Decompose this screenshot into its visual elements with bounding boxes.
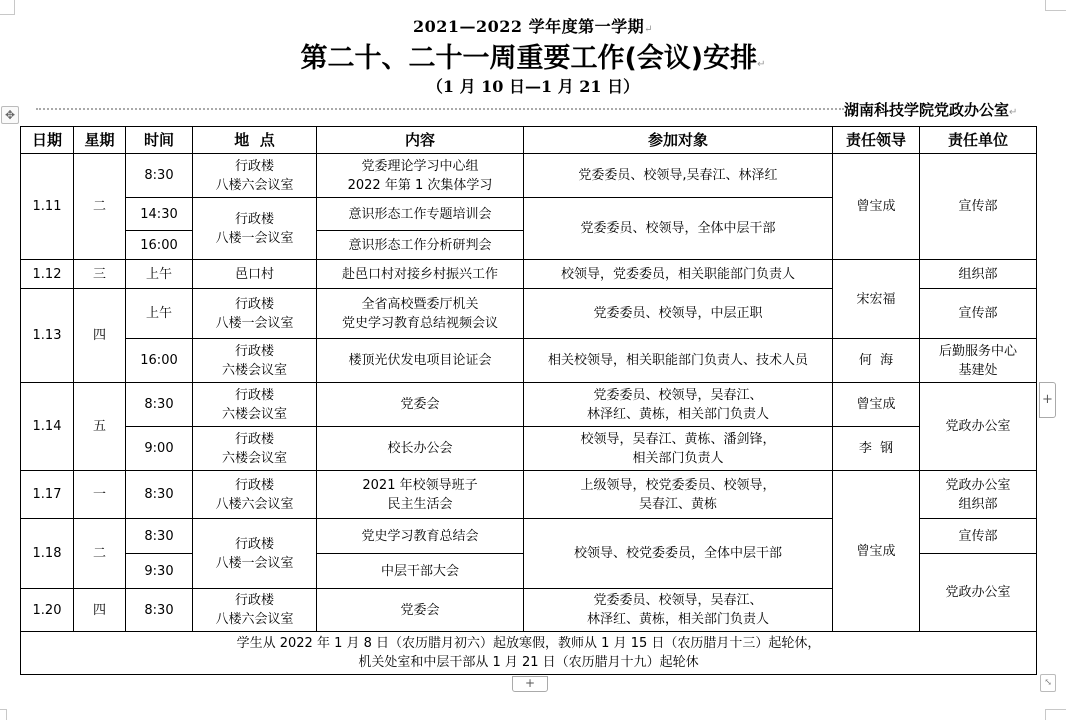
cell-location: 邑口村 [193,260,317,289]
cell-leader: 宋宏福 [833,260,920,339]
cell-time: 9:00 [126,427,193,471]
cell-attendees: 党委委员、校领导，吴春江、 林泽红、黄栋，相关部门负责人 [524,383,833,427]
table-move-handle-icon[interactable]: ✥ [1,106,19,124]
cell-date: 1.20 [21,589,74,632]
col-header-time: 时间 [126,127,193,154]
cell-attendees: 相关校领导，相关职能部门负责人、技术人员 [524,339,833,383]
cell-time: 9:30 [126,554,193,589]
cell-unit: 党政办公室 [920,383,1037,471]
cell-content: 全省高校暨委厅机关 党史学习教育总结视频会议 [317,289,524,339]
cell-leader: 李 钢 [833,427,920,471]
cell-leader: 曾宝成 [833,383,920,427]
cell-time: 8:30 [126,154,193,198]
cell-weekday: 四 [74,589,126,632]
footer-note-line-2: 机关处室和中层干部从 1 月 21 日（农历腊月十九）起轮休 [23,653,1034,672]
table-row: 1.17 一 8:30 行政楼 八楼六会议室 2021 年校领导班子 民主生活会… [21,471,1037,519]
page-title: 第二十、二十一周重要工作(会议)安排↵ [0,36,1066,75]
table-resize-handle-icon[interactable]: ⤡ [1040,674,1056,692]
issuing-office: 湖南科技学院党政办公室↵ [844,99,1017,120]
cell-time: 8:30 [126,383,193,427]
col-header-attendees: 参加对象 [524,127,833,154]
col-header-unit: 责任单位 [920,127,1037,154]
dotted-leader [36,108,844,110]
col-header-weekday: 星期 [74,127,126,154]
page-corner-mark [0,0,15,15]
date-range: （1 月 10 日—1 月 21 日） [0,74,1066,97]
cell-time: 上午 [126,289,193,339]
cell-attendees: 党委委员、校领导,吴春江、林泽红 [524,154,833,198]
cell-weekday: 三 [74,260,126,289]
page-corner-mark [1045,709,1066,720]
cell-leader: 何 海 [833,339,920,383]
cell-attendees: 校领导、校党委委员，全体中层干部 [524,519,833,589]
cell-content: 党委会 [317,383,524,427]
table-row: 9:00 行政楼 六楼会议室 校长办公会 校领导，吴春江、黄栋、潘剑锋， 相关部… [21,427,1037,471]
cell-time: 8:30 [126,519,193,554]
cell-content: 党史学习教育总结会 [317,519,524,554]
cell-unit: 组织部 [920,260,1037,289]
cell-content: 赴邑口村对接乡村振兴工作 [317,260,524,289]
cell-date: 1.18 [21,519,74,589]
cell-leader: 曾宝成 [833,471,920,632]
cell-location: 行政楼 八楼六会议室 [193,589,317,632]
cell-attendees: 校领导，吴春江、黄栋、潘剑锋， 相关部门负责人 [524,427,833,471]
cell-date: 1.12 [21,260,74,289]
cell-time: 上午 [126,260,193,289]
schedule-table: 日期 星期 时间 地 点 内容 参加对象 责任领导 责任单位 1.11 二 8:… [20,126,1037,675]
footer-note-line-1: 学生从 2022 年 1 月 8 日（农历腊月初六）起放寒假，教师从 1 月 1… [23,634,1034,653]
cell-content: 2021 年校领导班子 民主生活会 [317,471,524,519]
col-header-location: 地 点 [193,127,317,154]
cell-content: 楼顶光伏发电项目论证会 [317,339,524,383]
page-corner-mark [1045,0,1066,11]
cell-leader: 曾宝成 [833,154,920,260]
table-row: 1.14 五 8:30 行政楼 六楼会议室 党委会 党委委员、校领导，吴春江、 … [21,383,1037,427]
table-row: 16:00 行政楼 六楼会议室 楼顶光伏发电项目论证会 相关校领导，相关职能部门… [21,339,1037,383]
cell-content: 校长办公会 [317,427,524,471]
cell-time: 8:30 [126,589,193,632]
cell-location: 行政楼 八楼六会议室 [193,154,317,198]
cell-attendees: 党委委员、校领导，中层正职 [524,289,833,339]
cell-location: 行政楼 八楼一会议室 [193,289,317,339]
cell-content: 意识形态工作专题培训会 [317,198,524,231]
cell-weekday: 二 [74,519,126,589]
table-row: 1.11 二 8:30 行政楼 八楼六会议室 党委理论学习中心组 2022 年第… [21,154,1037,198]
cell-unit: 宣传部 [920,289,1037,339]
cell-time: 8:30 [126,471,193,519]
footer-note: 学生从 2022 年 1 月 8 日（农历腊月初六）起放寒假，教师从 1 月 1… [21,632,1037,675]
cell-location: 行政楼 八楼六会议室 [193,471,317,519]
cell-date: 1.13 [21,289,74,383]
cell-weekday: 一 [74,471,126,519]
cell-location: 行政楼 六楼会议室 [193,427,317,471]
cell-location: 行政楼 八楼一会议室 [193,519,317,589]
semester-heading: 2021—2022 学年度第一学期↵ [0,14,1066,37]
cell-time: 14:30 [126,198,193,231]
cell-unit: 党政办公室 [920,554,1037,632]
cell-content: 党委会 [317,589,524,632]
cell-unit: 宣传部 [920,154,1037,260]
cell-content: 党委理论学习中心组 2022 年第 1 次集体学习 [317,154,524,198]
cell-content: 中层干部大会 [317,554,524,589]
cell-attendees: 党委委员、校领导，全体中层干部 [524,198,833,260]
cell-unit: 宣传部 [920,519,1037,554]
add-column-button[interactable]: + [1039,382,1056,418]
cell-unit: 党政办公室 组织部 [920,471,1037,519]
cell-date: 1.14 [21,383,74,471]
cell-unit: 后勤服务中心 基建处 [920,339,1037,383]
col-header-date: 日期 [21,127,74,154]
page-corner-mark [0,709,7,720]
cell-weekday: 四 [74,289,126,383]
cell-weekday: 二 [74,154,126,260]
cell-content: 意识形态工作分析研判会 [317,231,524,260]
cell-time: 16:00 [126,339,193,383]
col-header-leader: 责任领导 [833,127,920,154]
cell-attendees: 校领导，党委委员，相关职能部门负责人 [524,260,833,289]
table-header-row: 日期 星期 时间 地 点 内容 参加对象 责任领导 责任单位 [21,127,1037,154]
cell-location: 行政楼 八楼一会议室 [193,198,317,260]
cell-location: 行政楼 六楼会议室 [193,339,317,383]
cell-time: 16:00 [126,231,193,260]
cell-attendees: 党委委员、校领导，吴春江、 林泽红、黄栋，相关部门负责人 [524,589,833,632]
cell-date: 1.11 [21,154,74,260]
table-row: 1.12 三 上午 邑口村 赴邑口村对接乡村振兴工作 校领导，党委委员，相关职能… [21,260,1037,289]
col-header-content: 内容 [317,127,524,154]
cell-date: 1.17 [21,471,74,519]
cell-weekday: 五 [74,383,126,471]
cell-location: 行政楼 六楼会议室 [193,383,317,427]
cell-attendees: 上级领导，校党委委员、校领导， 吴春江、黄栋 [524,471,833,519]
table-footer-row: 学生从 2022 年 1 月 8 日（农历腊月初六）起放寒假，教师从 1 月 1… [21,632,1037,675]
add-row-button[interactable]: + [512,676,548,692]
